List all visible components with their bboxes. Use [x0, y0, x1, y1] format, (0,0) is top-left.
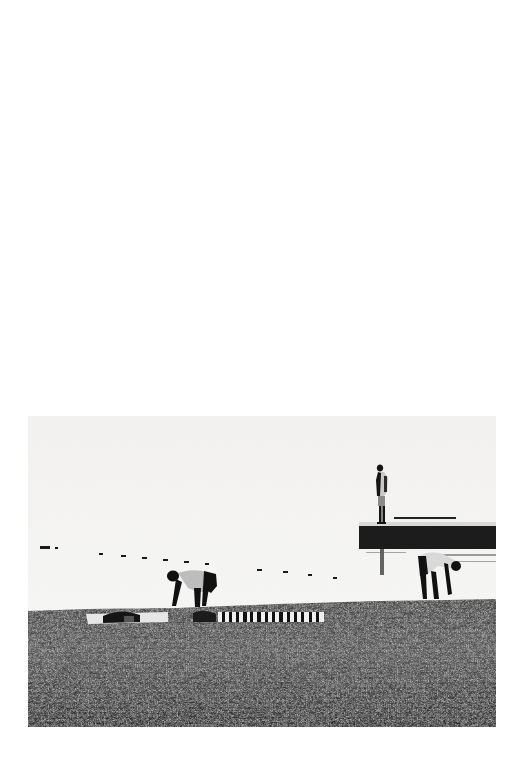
beach-photograph: [28, 416, 496, 727]
photo-canvas: [28, 416, 496, 727]
striped-beach-towel: [218, 612, 324, 622]
